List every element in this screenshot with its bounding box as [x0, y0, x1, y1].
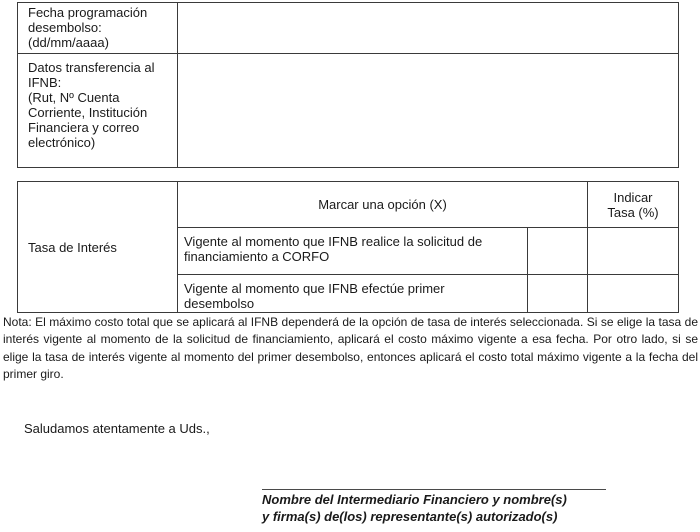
option-first-disbursement-mark[interactable]: [528, 275, 588, 313]
option-line: financiamiento a CORFO: [184, 249, 521, 264]
option-line: desembolso: [184, 296, 521, 311]
table-header-row: Tasa de Interés Marcar una opción (X) In…: [18, 182, 679, 228]
signature-caption: Nombre del Intermediario Financiero y no…: [262, 491, 622, 525]
interest-rate-table: Tasa de Interés Marcar una opción (X) In…: [17, 181, 679, 313]
signature-line: [262, 489, 606, 490]
label-line: IFNB:: [28, 75, 171, 90]
option-line: Vigente al momento que IFNB efectúe prim…: [184, 281, 521, 296]
option-first-disbursement-rate[interactable]: [588, 275, 679, 313]
table-row: Fecha programación desembolso: (dd/mm/aa…: [18, 3, 679, 54]
option-first-disbursement-label: Vigente al momento que IFNB efectúe prim…: [178, 275, 528, 313]
option-request-date-label: Vigente al momento que IFNB realice la s…: [178, 228, 528, 275]
label-line: (dd/mm/aaaa): [28, 35, 171, 50]
label-line: Fecha programación: [28, 5, 171, 20]
label-line: desembolso:: [28, 20, 171, 35]
transfer-data-field[interactable]: [178, 54, 679, 168]
label-line: Corriente, Institución: [28, 105, 171, 120]
indicate-rate-header: Indicar Tasa (%): [588, 182, 679, 228]
disbursement-info-table: Fecha programación desembolso: (dd/mm/aa…: [17, 2, 679, 168]
disbursement-date-label: Fecha programación desembolso: (dd/mm/aa…: [18, 3, 178, 54]
label-line: (Rut, Nº Cuenta: [28, 90, 171, 105]
transfer-data-label: Datos transferencia al IFNB: (Rut, Nº Cu…: [18, 54, 178, 168]
table-row: Datos transferencia al IFNB: (Rut, Nº Cu…: [18, 54, 679, 168]
option-line: Vigente al momento que IFNB realice la s…: [184, 234, 521, 249]
label-line: Financiera y correo: [28, 120, 171, 135]
disbursement-date-field[interactable]: [178, 3, 679, 54]
header-line: Indicar: [588, 190, 678, 205]
note-paragraph: Nota: El máximo costo total que se aplic…: [3, 314, 698, 383]
label-line: Datos transferencia al: [28, 60, 171, 75]
header-line: Tasa (%): [588, 205, 678, 220]
interest-rate-label: Tasa de Interés: [18, 182, 178, 313]
label-line: electrónico): [28, 135, 171, 150]
signature-caption-line: y firma(s) de(los) representante(s) auto…: [262, 508, 622, 525]
document-page: Fecha programación desembolso: (dd/mm/aa…: [0, 0, 700, 532]
signature-caption-line: Nombre del Intermediario Financiero y no…: [262, 491, 622, 508]
closing-greeting: Saludamos atentamente a Uds.,: [24, 421, 210, 436]
mark-option-header: Marcar una opción (X): [178, 182, 588, 228]
option-request-date-rate[interactable]: [588, 228, 679, 275]
option-request-date-mark[interactable]: [528, 228, 588, 275]
